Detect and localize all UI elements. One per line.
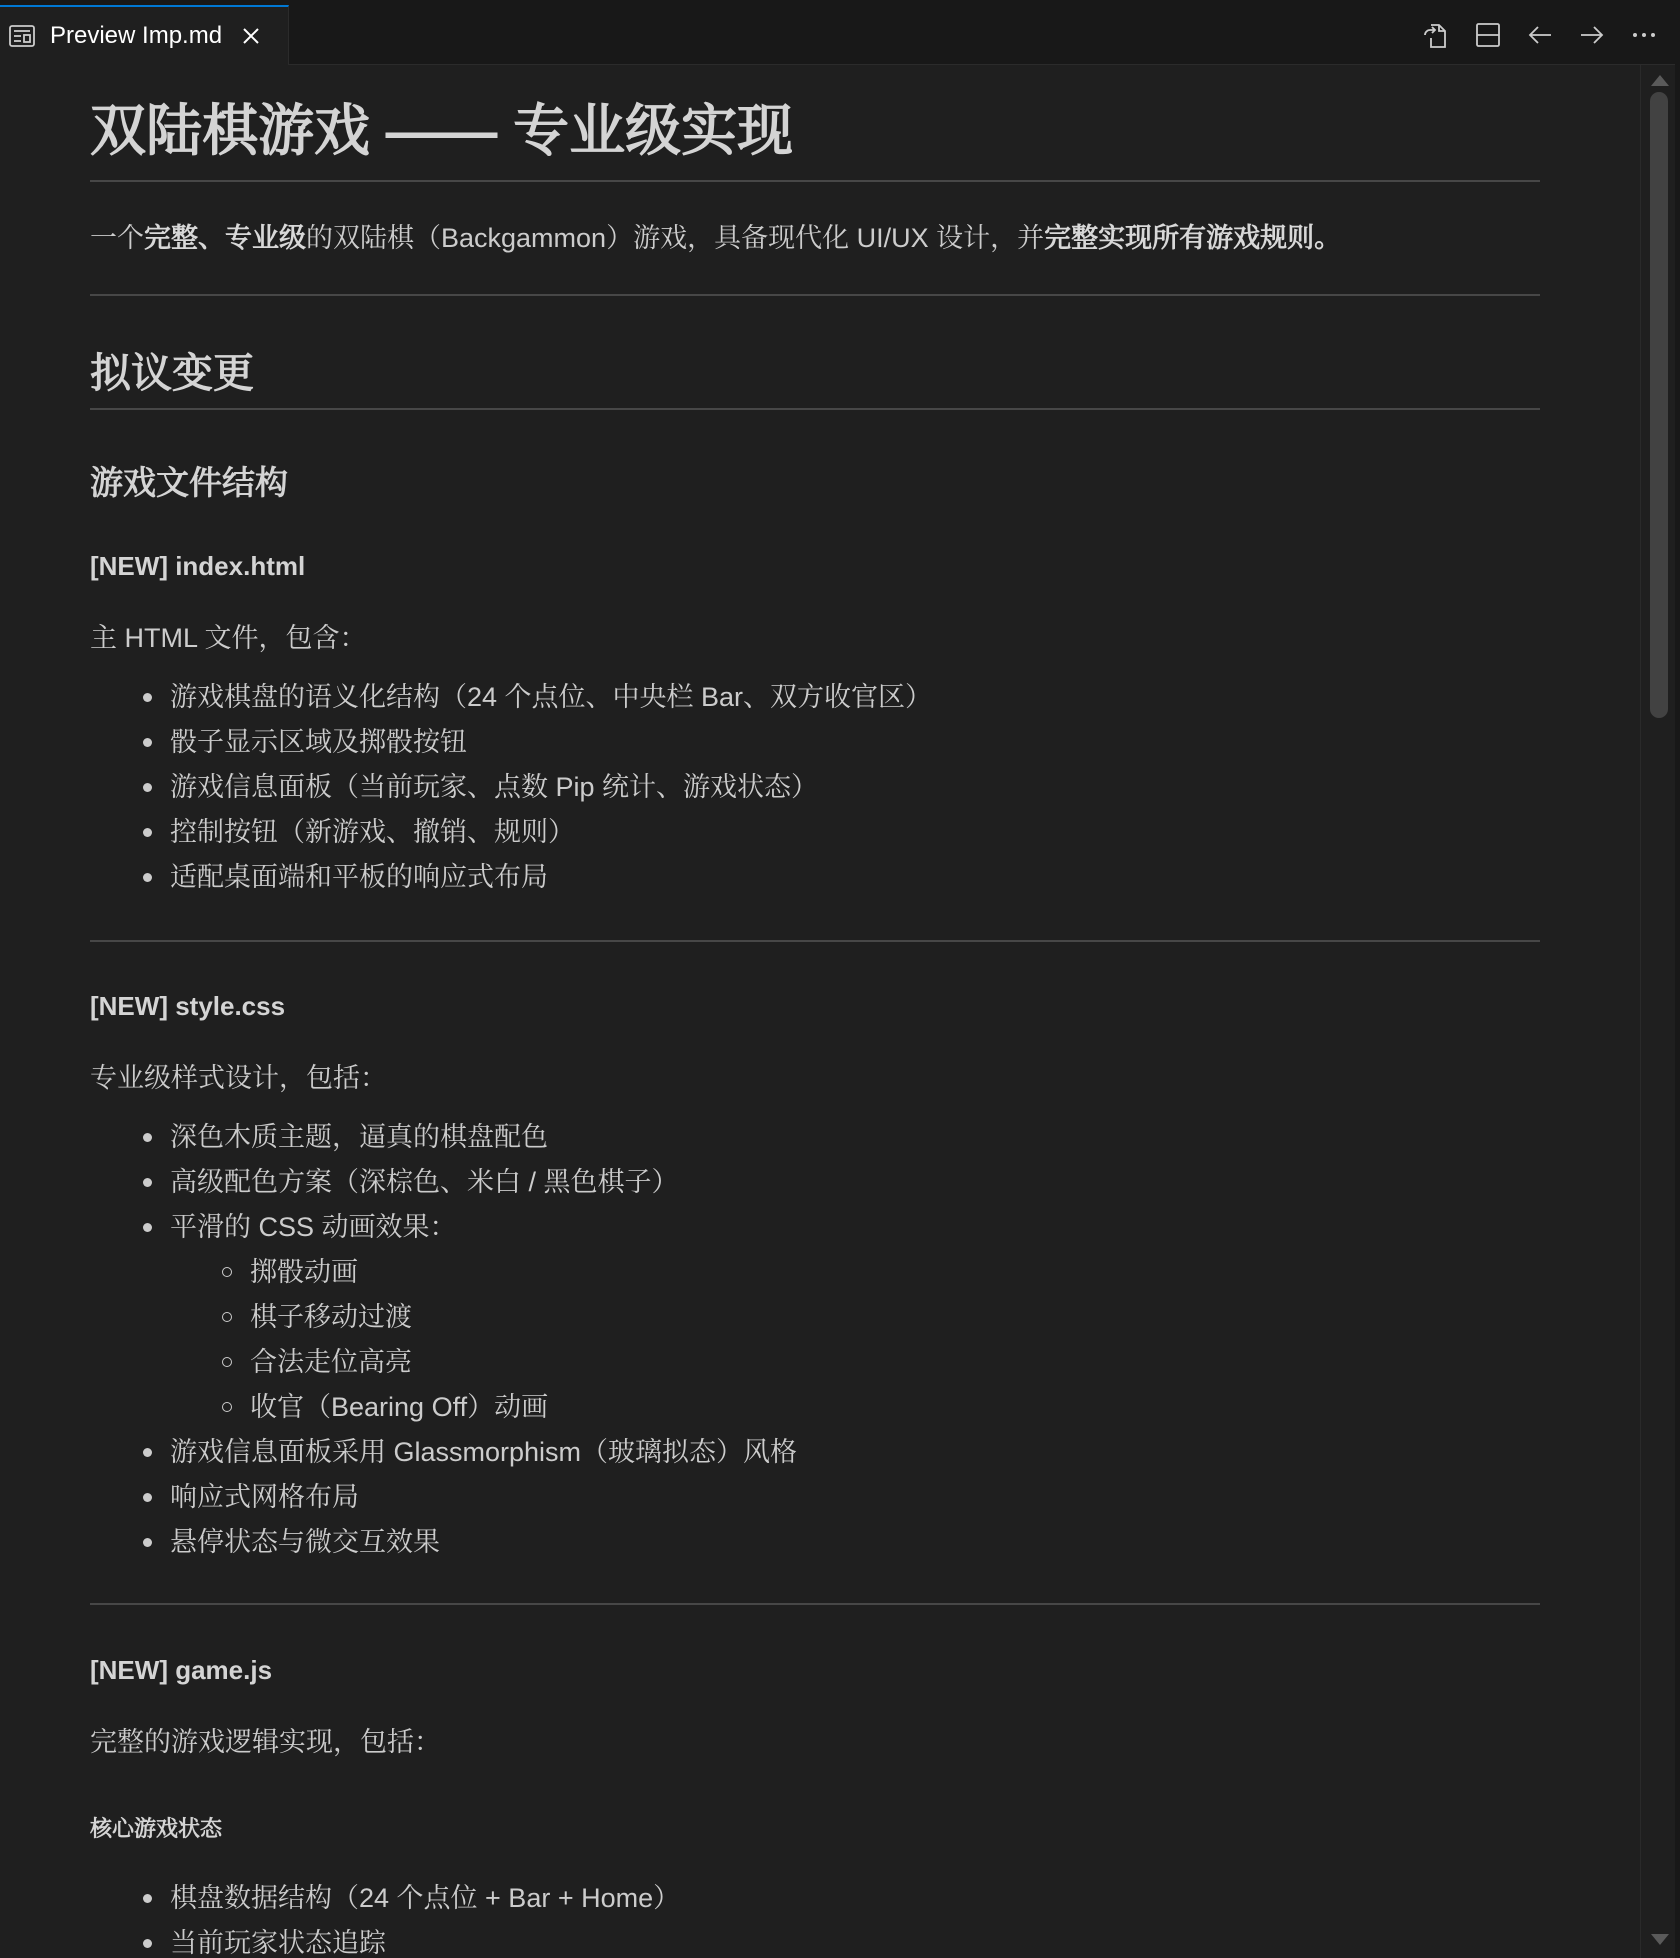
list-item: 悬停状态与微交互效果 bbox=[90, 1520, 797, 1565]
arrow-right-icon bbox=[1578, 21, 1606, 49]
list-item: 控制按钮（新游戏、撤销、规则） bbox=[90, 810, 932, 855]
list-item: 适配桌面端和平板的响应式布局 bbox=[90, 855, 932, 900]
list-item: 高级配色方案（深棕色、米白 / 黑色棋子） bbox=[90, 1160, 797, 1205]
bullet-icon bbox=[143, 1223, 152, 1232]
bullet-icon bbox=[143, 873, 152, 882]
open-source-button[interactable] bbox=[1420, 19, 1452, 51]
intro-text: 一个 bbox=[90, 223, 144, 253]
ellipsis-icon bbox=[1630, 21, 1658, 49]
divider bbox=[90, 1603, 1540, 1605]
list-item: 平滑的 CSS 动画效果： bbox=[90, 1205, 797, 1250]
close-icon[interactable] bbox=[238, 23, 264, 49]
file-heading-index: [NEW] index.html bbox=[90, 549, 305, 583]
navigate-back-button[interactable] bbox=[1524, 19, 1556, 51]
scroll-down-arrow-icon[interactable] bbox=[1651, 1934, 1669, 1945]
preview-icon bbox=[8, 24, 36, 48]
list-item: 游戏信息面板（当前玩家、点数 Pip 统计、游戏状态） bbox=[90, 765, 932, 810]
tab-label: Preview Imp.md bbox=[50, 22, 222, 50]
list-item: 棋盘数据结构（24 个点位 + Bar + Home） bbox=[90, 1876, 680, 1921]
bullet-icon bbox=[143, 1939, 152, 1948]
bullet-icon bbox=[143, 1448, 152, 1457]
section-heading: 拟议变更 bbox=[90, 348, 254, 398]
split-editor-button[interactable] bbox=[1472, 19, 1504, 51]
sub-list-item: 收官（Bearing Off）动画 bbox=[90, 1385, 797, 1430]
bullet-icon bbox=[143, 1133, 152, 1142]
list-item: 游戏信息面板采用 Glassmorphism（玻璃拟态）风格 bbox=[90, 1430, 797, 1475]
bullet-icon bbox=[143, 1894, 152, 1903]
list-item: 响应式网格布局 bbox=[90, 1475, 797, 1520]
bullet-icon bbox=[143, 1538, 152, 1547]
scroll-up-arrow-icon[interactable] bbox=[1651, 75, 1669, 86]
subsection-heading: 游戏文件结构 bbox=[90, 462, 288, 504]
circle-bullet-icon bbox=[222, 1267, 232, 1277]
sub-list-item: 合法走位高亮 bbox=[90, 1340, 797, 1385]
core-state-heading: 核心游戏状态 bbox=[90, 1814, 222, 1844]
list-item: 深色木质主题，逼真的棋盘配色 bbox=[90, 1115, 797, 1160]
divider bbox=[90, 940, 1540, 942]
window-edge bbox=[1675, 0, 1680, 1958]
list-item: 当前玩家状态追踪 bbox=[90, 1921, 680, 1958]
arrow-left-icon bbox=[1526, 21, 1554, 49]
intro-bold: 完整实现所有游戏规则。 bbox=[1044, 223, 1341, 253]
circle-bullet-icon bbox=[222, 1312, 232, 1322]
file-desc: 完整的游戏逻辑实现，包括： bbox=[90, 1724, 441, 1760]
sub-list-item: 掷骰动画 bbox=[90, 1250, 797, 1295]
file-items-index: 游戏棋盘的语义化结构（24 个点位、中央栏 Bar、双方收官区） 骰子显示区域及… bbox=[90, 675, 932, 900]
file-items-style: 深色木质主题，逼真的棋盘配色 高级配色方案（深棕色、米白 / 黑色棋子） 平滑的… bbox=[90, 1115, 797, 1565]
bullet-icon bbox=[143, 738, 152, 747]
bullet-icon bbox=[143, 693, 152, 702]
file-heading-style: [NEW] style.css bbox=[90, 989, 285, 1023]
circle-bullet-icon bbox=[222, 1402, 232, 1412]
tab-preview-imp-md[interactable]: Preview Imp.md bbox=[0, 5, 289, 65]
bullet-icon bbox=[143, 828, 152, 837]
intro-paragraph: 一个完整、专业级的双陆棋（Backgammon）游戏，具备现代化 UI/UX 设… bbox=[90, 220, 1341, 256]
bullet-icon bbox=[143, 1178, 152, 1187]
split-editor-down-icon bbox=[1474, 21, 1502, 49]
list-item: 游戏棋盘的语义化结构（24 个点位、中央栏 Bar、双方收官区） bbox=[90, 675, 932, 720]
list-item: 骰子显示区域及掷骰按钮 bbox=[90, 720, 932, 765]
more-actions-button[interactable] bbox=[1628, 19, 1660, 51]
editor-actions bbox=[1420, 5, 1660, 65]
page-title: 双陆棋游戏 —— 专业级实现 bbox=[90, 98, 793, 164]
file-heading-game: [NEW] game.js bbox=[90, 1653, 272, 1687]
sub-list-item: 棋子移动过渡 bbox=[90, 1295, 797, 1340]
markdown-preview: 双陆棋游戏 —— 专业级实现 一个完整、专业级的双陆棋（Backgammon）游… bbox=[0, 65, 1640, 1958]
editor-tab-bar: Preview Imp.md bbox=[0, 5, 1680, 65]
file-desc: 专业级样式设计，包括： bbox=[90, 1060, 387, 1096]
intro-text: 的双陆棋（Backgammon）游戏，具备现代化 UI/UX 设计，并 bbox=[306, 223, 1044, 253]
intro-bold: 完整、专业级 bbox=[144, 223, 306, 253]
divider bbox=[90, 294, 1540, 296]
go-to-file-icon bbox=[1421, 20, 1451, 50]
bullet-icon bbox=[143, 783, 152, 792]
divider bbox=[90, 408, 1540, 410]
scrollbar-thumb[interactable] bbox=[1650, 92, 1668, 718]
file-desc: 主 HTML 文件，包含： bbox=[90, 620, 367, 656]
divider bbox=[90, 180, 1540, 182]
file-items-game: 棋盘数据结构（24 个点位 + Bar + Home） 当前玩家状态追踪 bbox=[90, 1876, 680, 1958]
bullet-icon bbox=[143, 1493, 152, 1502]
navigate-forward-button[interactable] bbox=[1576, 19, 1608, 51]
circle-bullet-icon bbox=[222, 1357, 232, 1367]
